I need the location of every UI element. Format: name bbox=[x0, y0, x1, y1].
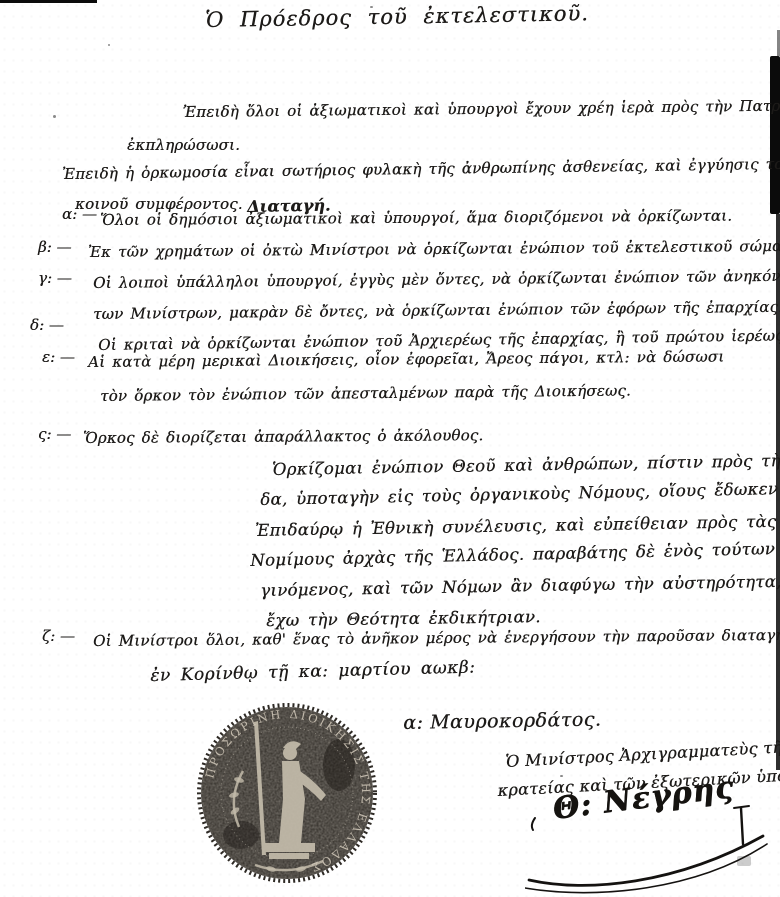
signature-minister-block: Θ: Νέγρης bbox=[525, 792, 777, 897]
article-text: Ὅλοι οἱ δημόσιοι ἀξιωματικοὶ καὶ ὑπουργο… bbox=[100, 207, 732, 229]
article-text: Ἐκ τῶν χρημάτων οἱ ὀκτὼ Μινίστροι νὰ ὁρκ… bbox=[88, 237, 780, 261]
preamble-line: Ἐπειδὴ ἡ ὁρκωμοσία εἶναι σωτήριος φυλακὴ… bbox=[62, 155, 780, 183]
article-text: των Μινίστρων, μακρὰν δὲ ὄντες, νὰ ὁρκίζ… bbox=[93, 298, 780, 323]
oath-line: Ἐπιδαύρῳ ἡ Ἐθνικὴ συνέλευσις, καὶ εὐπείθ… bbox=[255, 512, 777, 540]
article-text: Οἱ Μινίστροι ὅλοι, καθ' ἕνας τὸ ἀνῆκον μ… bbox=[93, 626, 780, 650]
preamble-line: Ἐπειδὴ ὅλοι οἱ ἀξιωματικοὶ καὶ ὑπουργοὶ … bbox=[183, 96, 780, 121]
article-label-zeta: ζ: — bbox=[42, 627, 75, 645]
oath-line: δα, ὑποταγὴν εἰς τοὺς ὀργανικοὺς Νόμους,… bbox=[260, 479, 780, 509]
article-text: Οἱ λοιποὶ ὑπάλληλοι ὑπουργοί, ἐγγὺς μὲν … bbox=[93, 267, 780, 292]
article-label-epsilon: ε: — bbox=[42, 348, 75, 366]
article-label-delta: δ: — bbox=[30, 316, 64, 334]
state-seal: ΠΡΟΣΩΡΙΝΗ ΔΙΟΙΚΗΣΙΣ ΤΗΣ ΕΛΛΑΔΟΣ bbox=[197, 703, 377, 883]
signature-president: α: Μαυροκορδάτος. bbox=[403, 709, 602, 734]
scan-artifact-top-line bbox=[0, 0, 97, 3]
document-title: Ὁ Πρόεδρος τοῦ ἐκτελεστικοῦ. bbox=[205, 1, 589, 32]
article-text: Ὅρκος δὲ διορίζεται ἀπαράλλακτος ὁ ἀκόλο… bbox=[83, 426, 483, 447]
oath-line: γινόμενος, καὶ τῶν Νόμων ἂν διαφύγω τὴν … bbox=[260, 571, 780, 600]
dateline: ἐν Κορίνθῳ τῇ κα: μαρτίου αωκβ: bbox=[150, 657, 476, 686]
scan-speck bbox=[53, 115, 56, 118]
scan-speck bbox=[108, 44, 110, 46]
oath-line: ἔχω τὴν Θεότητα ἐκδικήτριαν. bbox=[266, 607, 541, 630]
oath-line: Ὁρκίζομαι ἐνώπιον Θεοῦ καὶ ἀνθρώπων, πίσ… bbox=[272, 450, 780, 479]
oath-line: Νομίμους ἀρχὰς τῆς Ἑλλάδος. παραβάτης δὲ… bbox=[250, 539, 775, 570]
article-label-stigma: ς: — bbox=[38, 425, 71, 443]
article-label-gamma: γ: — bbox=[38, 269, 72, 287]
manuscript-page: Ὁ Πρόεδρος τοῦ ἐκτελεστικοῦ. Ἐπειδὴ ὅλοι… bbox=[0, 0, 780, 897]
preamble-line: ἐκπληρώσωσι. bbox=[127, 136, 240, 154]
scan-artifact-right-bar bbox=[770, 56, 780, 214]
article-label-beta: β: — bbox=[38, 238, 72, 256]
article-text: τὸν ὅρκον τὸν ἐνώπιον τῶν ἀπεσταλμένων π… bbox=[100, 381, 631, 405]
minister-title-line: Ὁ Μινίστρος Ἀρχιγραμματεὺς τῆς Ἐπι- bbox=[505, 735, 780, 771]
article-label-alpha: α: — bbox=[62, 205, 97, 223]
